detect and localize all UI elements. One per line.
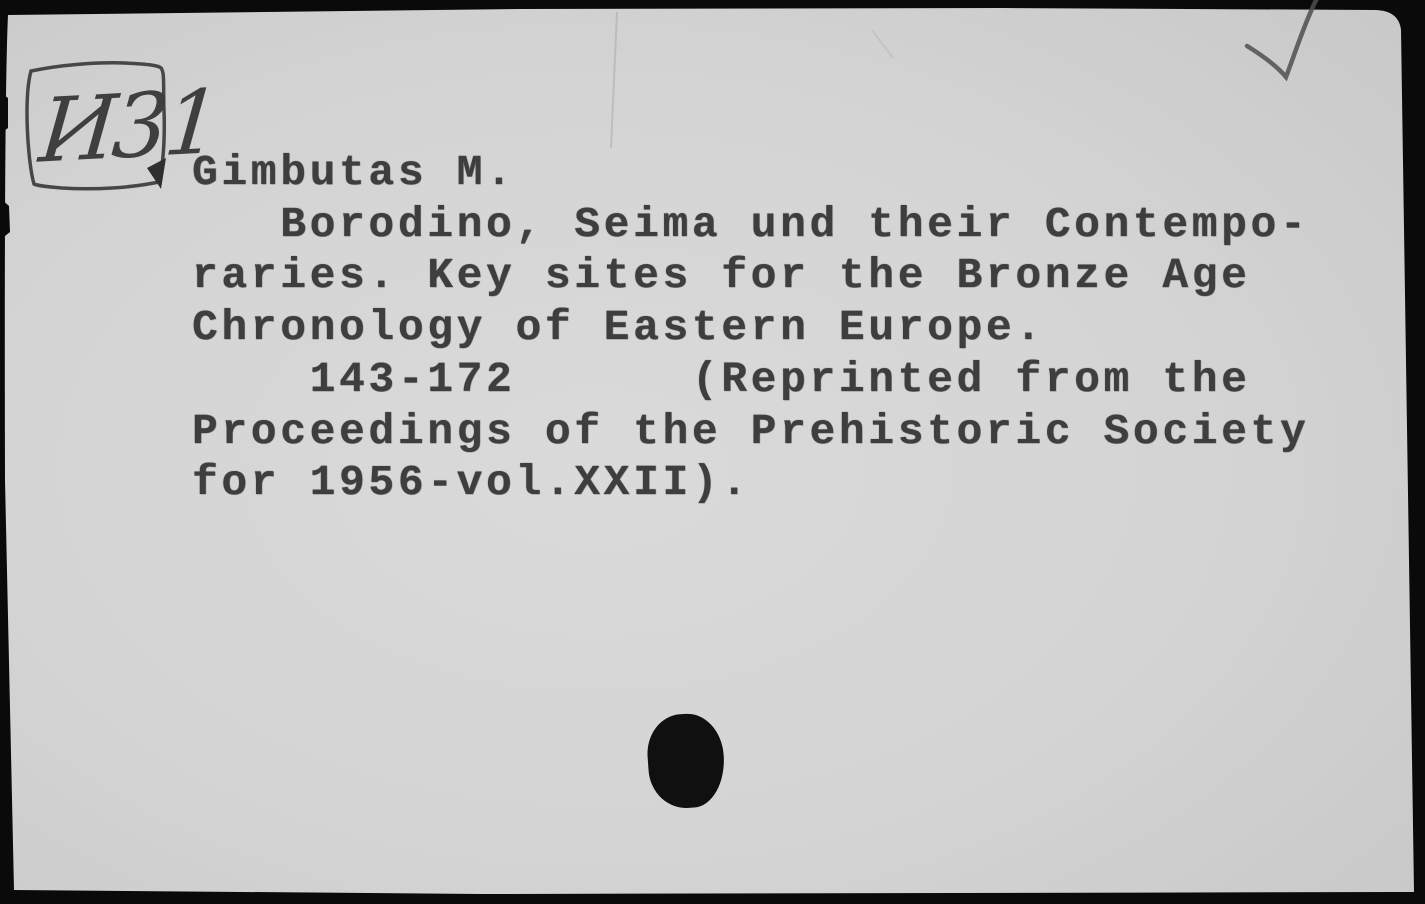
scanned-catalog-card: И31 Gimbutas M. Borodino, Seima und thei… <box>0 0 1425 904</box>
bib-line-source-1: Proceedings of the Prehistoric Society <box>192 406 1309 458</box>
bib-line-title-2: raries. Key sites for the Bronze Age <box>192 250 1309 302</box>
bib-line-title-1: Borodino, Seima und their Contempo- <box>192 199 1309 251</box>
bib-line-pages: 143-172 (Reprinted from the <box>192 354 1309 406</box>
bib-line-source-2: for 1956-vol.XXII). <box>192 457 1309 509</box>
bibliography-text: Gimbutas M. Borodino, Seima und their Co… <box>192 147 1309 509</box>
bib-line-author: Gimbutas M. <box>192 147 1309 199</box>
bib-line-title-3: Chronology of Eastern Europe. <box>192 302 1309 354</box>
classification-label: И31 <box>36 76 174 179</box>
